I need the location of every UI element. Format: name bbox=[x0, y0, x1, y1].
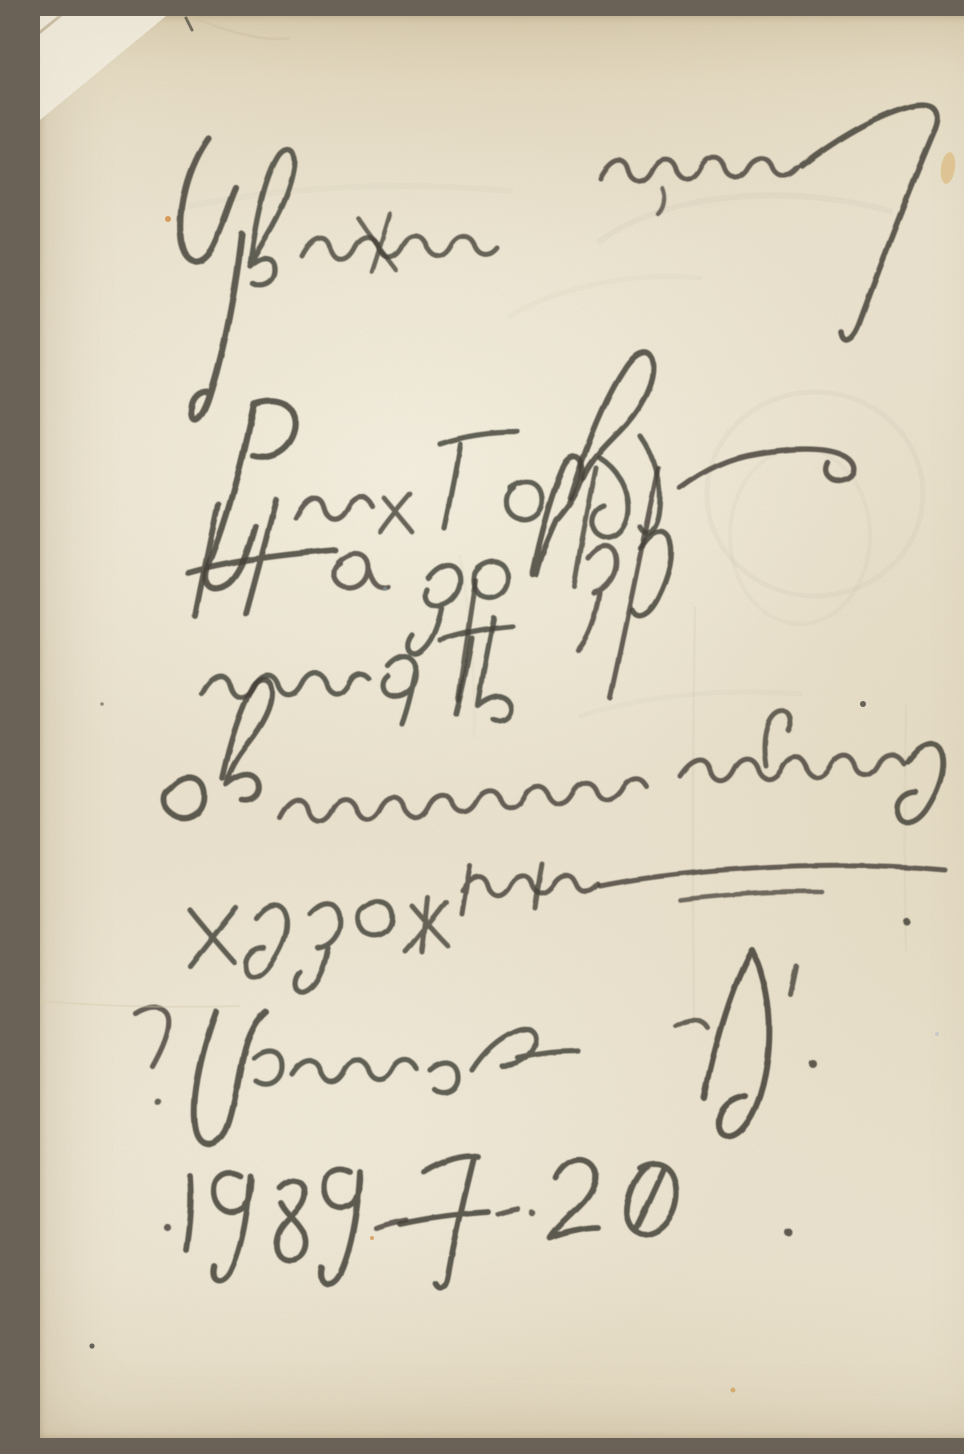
handwriting-artwork bbox=[40, 16, 964, 1438]
scanned-note: Уважаемому Виктору На добрую память об м… bbox=[40, 16, 964, 1438]
